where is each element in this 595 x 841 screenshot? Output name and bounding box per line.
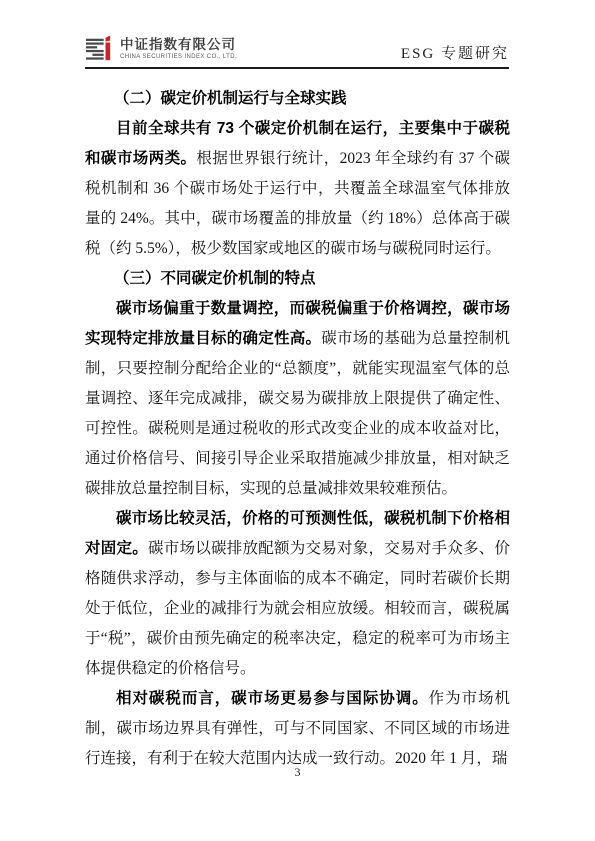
paragraph: 碳市场比较灵活，价格的可预测性低，碳税机制下价格相对固定。碳市场以碳排放配额为交… [85, 504, 510, 684]
paragraph: 相对碳税而言，碳市场更易参与国际协调。作为市场机制，碳市场边界具有弹性，可与不同… [85, 684, 510, 774]
company-name-en: CHINA SECURITIES INDEX CO., LTD. [120, 54, 237, 60]
report-series-label: ESG 专题研究 [401, 42, 509, 63]
section-heading-2: （二）碳定价机制运行与全球实践 [85, 84, 510, 114]
document-page: 中证指数有限公司 CHINA SECURITIES INDEX CO., LTD… [0, 0, 595, 841]
section-heading-3: （三）不同碳定价机制的特点 [85, 264, 510, 294]
logo-text: 中证指数有限公司 CHINA SECURITIES INDEX CO., LTD… [120, 38, 237, 60]
paragraph-text: 碳市场的基础为总量控制机制，只要控制分配给企业的“总额度”，就能实现温室气体的总… [85, 330, 510, 497]
paragraph-lead-bold: 相对碳税而言，碳市场更易参与国际协调。 [116, 690, 429, 707]
paragraph: 目前全球共有 73 个碳定价机制在运行，主要集中于碳税和碳市场两类。根据世界银行… [85, 114, 510, 264]
document-body: （二）碳定价机制运行与全球实践 目前全球共有 73 个碳定价机制在运行，主要集中… [85, 84, 510, 774]
csi-logo-icon [85, 35, 113, 63]
paragraph: 碳市场偏重于数量调控，而碳税偏重于价格调控，碳市场实现特定排放量目标的确定性高。… [85, 294, 510, 504]
page-header: 中证指数有限公司 CHINA SECURITIES INDEX CO., LTD… [85, 0, 509, 69]
company-name-cn: 中证指数有限公司 [120, 38, 237, 52]
company-logo: 中证指数有限公司 CHINA SECURITIES INDEX CO., LTD… [85, 35, 237, 63]
page-number: 3 [0, 765, 595, 780]
paragraph-text: 碳市场以碳排放配额为交易对象，交易对手众多、价格随供求浮动，参与主体面临的成本不… [85, 540, 510, 677]
